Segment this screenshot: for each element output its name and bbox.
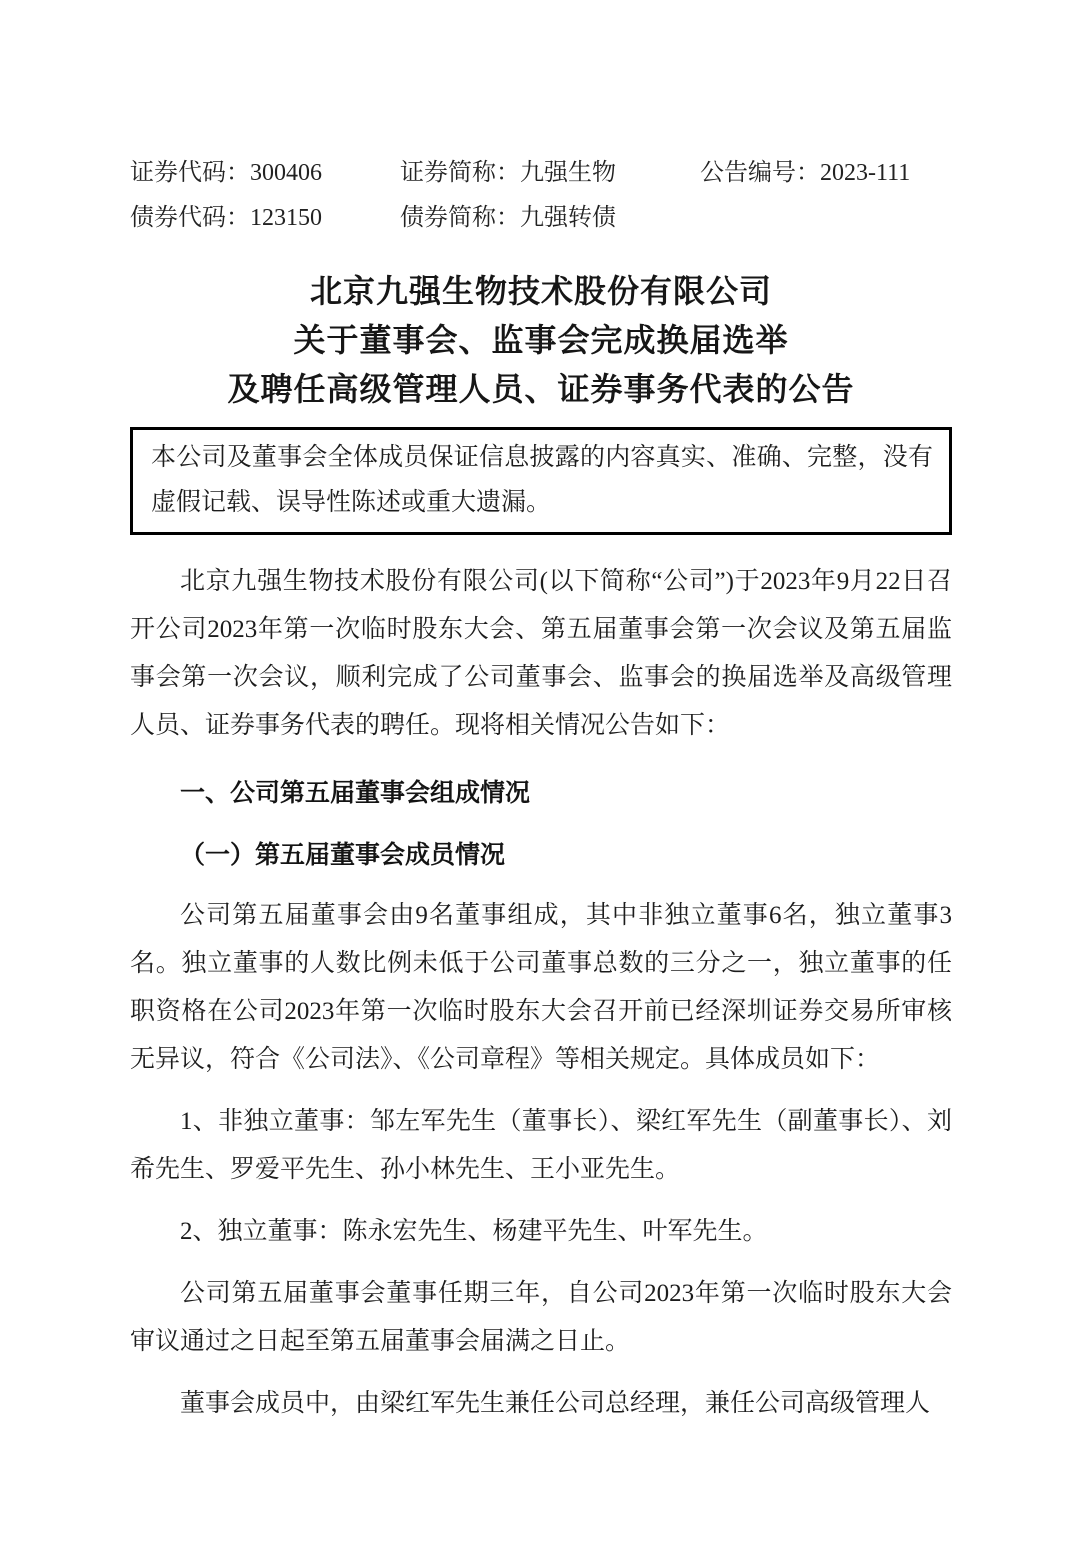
general-manager-paragraph: 董事会成员中，由梁红军先生兼任公司总经理，兼任公司高级管理人 <box>130 1380 952 1428</box>
header-row-bond: 债券代码：123150 债券简称：九强转债 <box>130 203 952 233</box>
stock-code: 证券代码：300406 <box>130 158 400 188</box>
independent-directors-paragraph: 2、独立董事：陈永宏先生、杨建平先生、叶军先生。 <box>130 1208 952 1256</box>
document-header: 证券代码：300406 证券简称：九强生物 公告编号：2023-111 债券代码… <box>130 158 952 233</box>
header-spacer <box>700 203 952 233</box>
document-page: 证券代码：300406 证券简称：九强生物 公告编号：2023-111 债券代码… <box>0 0 1080 1563</box>
term-paragraph: 公司第五届董事会董事任期三年，自公司2023年第一次临时股东大会审议通过之日起至… <box>130 1270 952 1366</box>
bond-short-name: 债券简称：九强转债 <box>400 203 700 233</box>
header-row-stock: 证券代码：300406 证券简称：九强生物 公告编号：2023-111 <box>130 158 952 188</box>
title-subject-line-2: 及聘任高级管理人员、证券事务代表的公告 <box>130 365 952 414</box>
intro-paragraph: 北京九强生物技术股份有限公司(以下简称“公司”)于2023年9月22日召开公司2… <box>130 558 952 750</box>
document-title: 北京九强生物技术股份有限公司 关于董事会、监事会完成换届选举 及聘任高级管理人员… <box>130 267 952 414</box>
section-1-1-heading: （一）第五届董事会成员情况 <box>130 832 952 880</box>
non-independent-directors-paragraph: 1、非独立董事：邹左军先生（董事长）、梁红军先生（副董事长）、刘希先生、罗爱平先… <box>130 1098 952 1194</box>
title-subject-line-1: 关于董事会、监事会完成换届选举 <box>130 316 952 365</box>
disclaimer-box: 本公司及董事会全体成员保证信息披露的内容真实、准确、完整，没有虚假记载、误导性陈… <box>130 427 952 535</box>
announcement-number: 公告编号：2023-111 <box>700 158 952 188</box>
disclaimer-text: 本公司及董事会全体成员保证信息披露的内容真实、准确、完整，没有虚假记载、误导性陈… <box>151 444 933 516</box>
bond-code: 债券代码：123150 <box>130 203 400 233</box>
stock-short-name: 证券简称：九强生物 <box>400 158 700 188</box>
board-composition-paragraph: 公司第五届董事会由9名董事组成，其中非独立董事6名，独立董事3名。独立董事的人数… <box>130 892 952 1084</box>
section-1-heading: 一、公司第五届董事会组成情况 <box>130 770 952 818</box>
document-body: 北京九强生物技术股份有限公司(以下简称“公司”)于2023年9月22日召开公司2… <box>130 558 952 1428</box>
title-company-name: 北京九强生物技术股份有限公司 <box>130 267 952 316</box>
